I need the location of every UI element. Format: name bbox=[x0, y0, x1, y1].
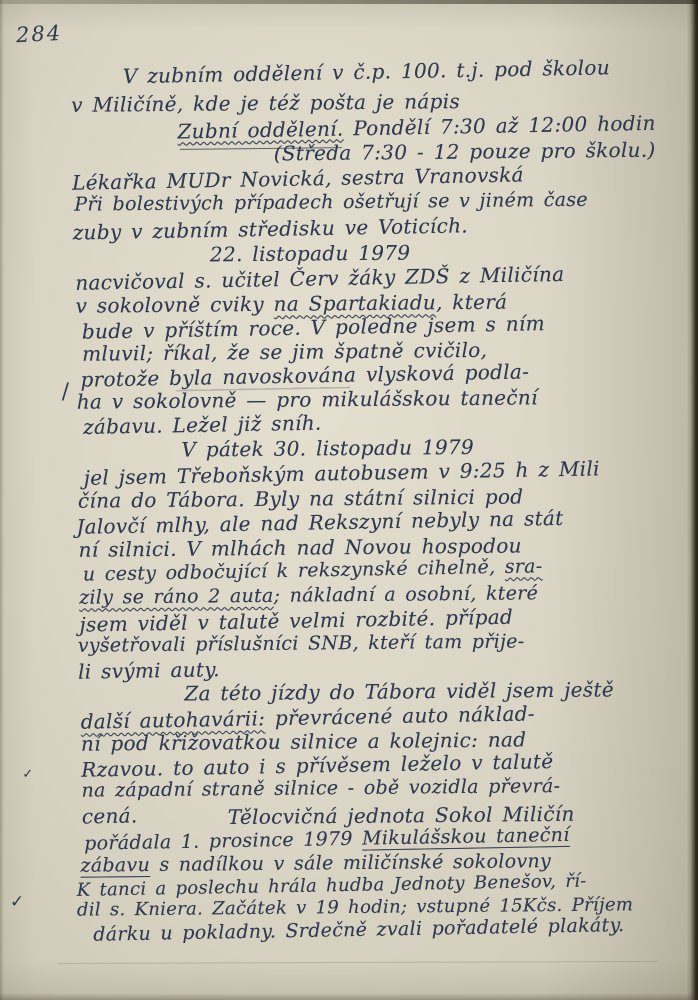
handwritten-line: 22. listopadu 1979 bbox=[210, 242, 411, 264]
handwritten-text: li svými auty. bbox=[78, 657, 220, 684]
check-mark: ✓ bbox=[22, 768, 33, 781]
handwritten-line: Tělocvičná jednota Sokol Miličín bbox=[228, 804, 575, 827]
chronicle-page: 284 V zubním oddělení v č.p. 100. t.j. p… bbox=[0, 0, 698, 1000]
handwritten-line: Zubní oddělení. Pondělí 7:30 až 12:00 ho… bbox=[177, 113, 656, 142]
handwritten-line: nacvičoval s. učitel Červ žáky ZDŠ z Mil… bbox=[75, 264, 564, 293]
handwritten-line: mluvil; říkal, že se jim špatně cvičilo, bbox=[82, 340, 487, 364]
handwritten-line: zily se ráno 2 auta; nákladní a osobní, … bbox=[79, 584, 538, 607]
page-edge-left bbox=[0, 0, 4, 1000]
page-edge-bottom bbox=[0, 993, 698, 1000]
handwritten-line: u cesty odbočující k rekszynské cihelně,… bbox=[83, 557, 543, 584]
handwritten-line: li svými auty. bbox=[78, 659, 220, 682]
handwritten-line: Jalovčí mlhy, ale nad Rekszyní nebyly na… bbox=[76, 508, 564, 537]
handwritten-line: pořádala 1. prosince 1979 Mikulášskou ta… bbox=[84, 826, 570, 854]
handwritten-text: Při bolestivých případech ošetřují se v … bbox=[74, 189, 588, 216]
handwritten-line: na západní straně silnice - obě vozidla … bbox=[81, 777, 560, 801]
handwritten-line: vyšetřovali příslušníci SNB, kteří tam p… bbox=[78, 632, 525, 655]
handwritten-text: 22. listopadu 1979 bbox=[210, 240, 411, 266]
handwritten-text: byla navoskována bbox=[169, 363, 357, 390]
insertion-slash-mark: ∕ bbox=[62, 381, 70, 403]
handwriting-layer: V zubním oddělení v č.p. 100. t.j. pod š… bbox=[0, 0, 698, 1000]
handwritten-text: ha v sokolovně — pro mikulášskou taneční bbox=[77, 385, 538, 413]
handwritten-line: cená. bbox=[82, 805, 138, 826]
check-mark: ✓ bbox=[10, 894, 24, 911]
handwritten-line: Lékařka MUDr Novická, sestra Vranovská bbox=[72, 164, 524, 192]
handwritten-line: ha v sokolovně — pro mikulášskou taneční bbox=[77, 387, 538, 411]
handwritten-text: Za této jízdy do Tábora viděl jsem ještě bbox=[184, 677, 614, 705]
handwritten-line: zábavu. Ležel již sníh. bbox=[83, 413, 322, 437]
handwritten-text: vyšetřovali příslušníci SNB, kteří tam p… bbox=[78, 630, 525, 656]
page-edge-right bbox=[687, 0, 698, 1000]
handwritten-line: Při bolestivých případech ošetřují se v … bbox=[74, 191, 588, 215]
handwritten-text: na Spartakiadu bbox=[273, 290, 436, 316]
page-edge-top bbox=[0, 0, 698, 4]
handwritten-text: protože bbox=[80, 366, 169, 392]
handwritten-line: V zubním oddělení v č.p. 100. t.j. pod š… bbox=[123, 57, 610, 86]
handwritten-text: zábavu. Ležel již sníh. bbox=[83, 411, 322, 439]
handwritten-text: (Středa 7:30 - 12 pouze pro školu.) bbox=[274, 138, 656, 166]
handwritten-text: zily se ráno 2 auta bbox=[79, 585, 274, 609]
handwritten-line: dárku u pokladny. Srdečně zvali pořadate… bbox=[93, 916, 624, 945]
handwritten-line: V pátek 30. listopadu 1979 bbox=[181, 437, 474, 460]
handwritten-text: na západní straně silnice - obě vozidla … bbox=[81, 775, 560, 802]
handwritten-text: Pondělí 7:30 až 12:00 hodin bbox=[343, 111, 656, 141]
handwritten-text: V zubním oddělení v č.p. 100. t.j. pod š… bbox=[123, 55, 611, 88]
handwritten-text: vlysková podla- bbox=[356, 359, 529, 386]
handwritten-text: pořádala 1. prosince 1979 bbox=[84, 828, 362, 855]
handwritten-line: (Středa 7:30 - 12 pouze pro školu.) bbox=[274, 140, 656, 164]
handwritten-line: zuby v zubním středisku ve Voticích. bbox=[73, 215, 469, 242]
handwritten-text: ; nákladní a osobní, které bbox=[274, 582, 539, 607]
handwritten-text: , která bbox=[436, 290, 508, 315]
handwritten-text: v sokolovně cviky bbox=[75, 292, 273, 318]
handwritten-text: V pátek 30. listopadu 1979 bbox=[181, 435, 474, 462]
handwritten-text: zábavu bbox=[80, 854, 150, 877]
handwritten-text: Mikulášskou taneční bbox=[362, 824, 570, 850]
handwritten-line: Za této jízdy do Tábora viděl jsem ještě bbox=[184, 679, 614, 703]
handwritten-text: cená. bbox=[82, 803, 138, 828]
handwritten-text: v Miličíně, kde je též pošta je nápis bbox=[71, 89, 460, 117]
handwritten-line: v Miličíně, kde je též pošta je nápis bbox=[71, 91, 460, 115]
handwritten-text: sra- bbox=[505, 555, 543, 578]
handwritten-text: převrácené auto náklad- bbox=[265, 701, 535, 730]
handwritten-line: jel jsem Třeboňským autobusem v 9:25 h z… bbox=[84, 458, 600, 487]
handwritten-text: Zubní oddělení. bbox=[177, 116, 343, 143]
